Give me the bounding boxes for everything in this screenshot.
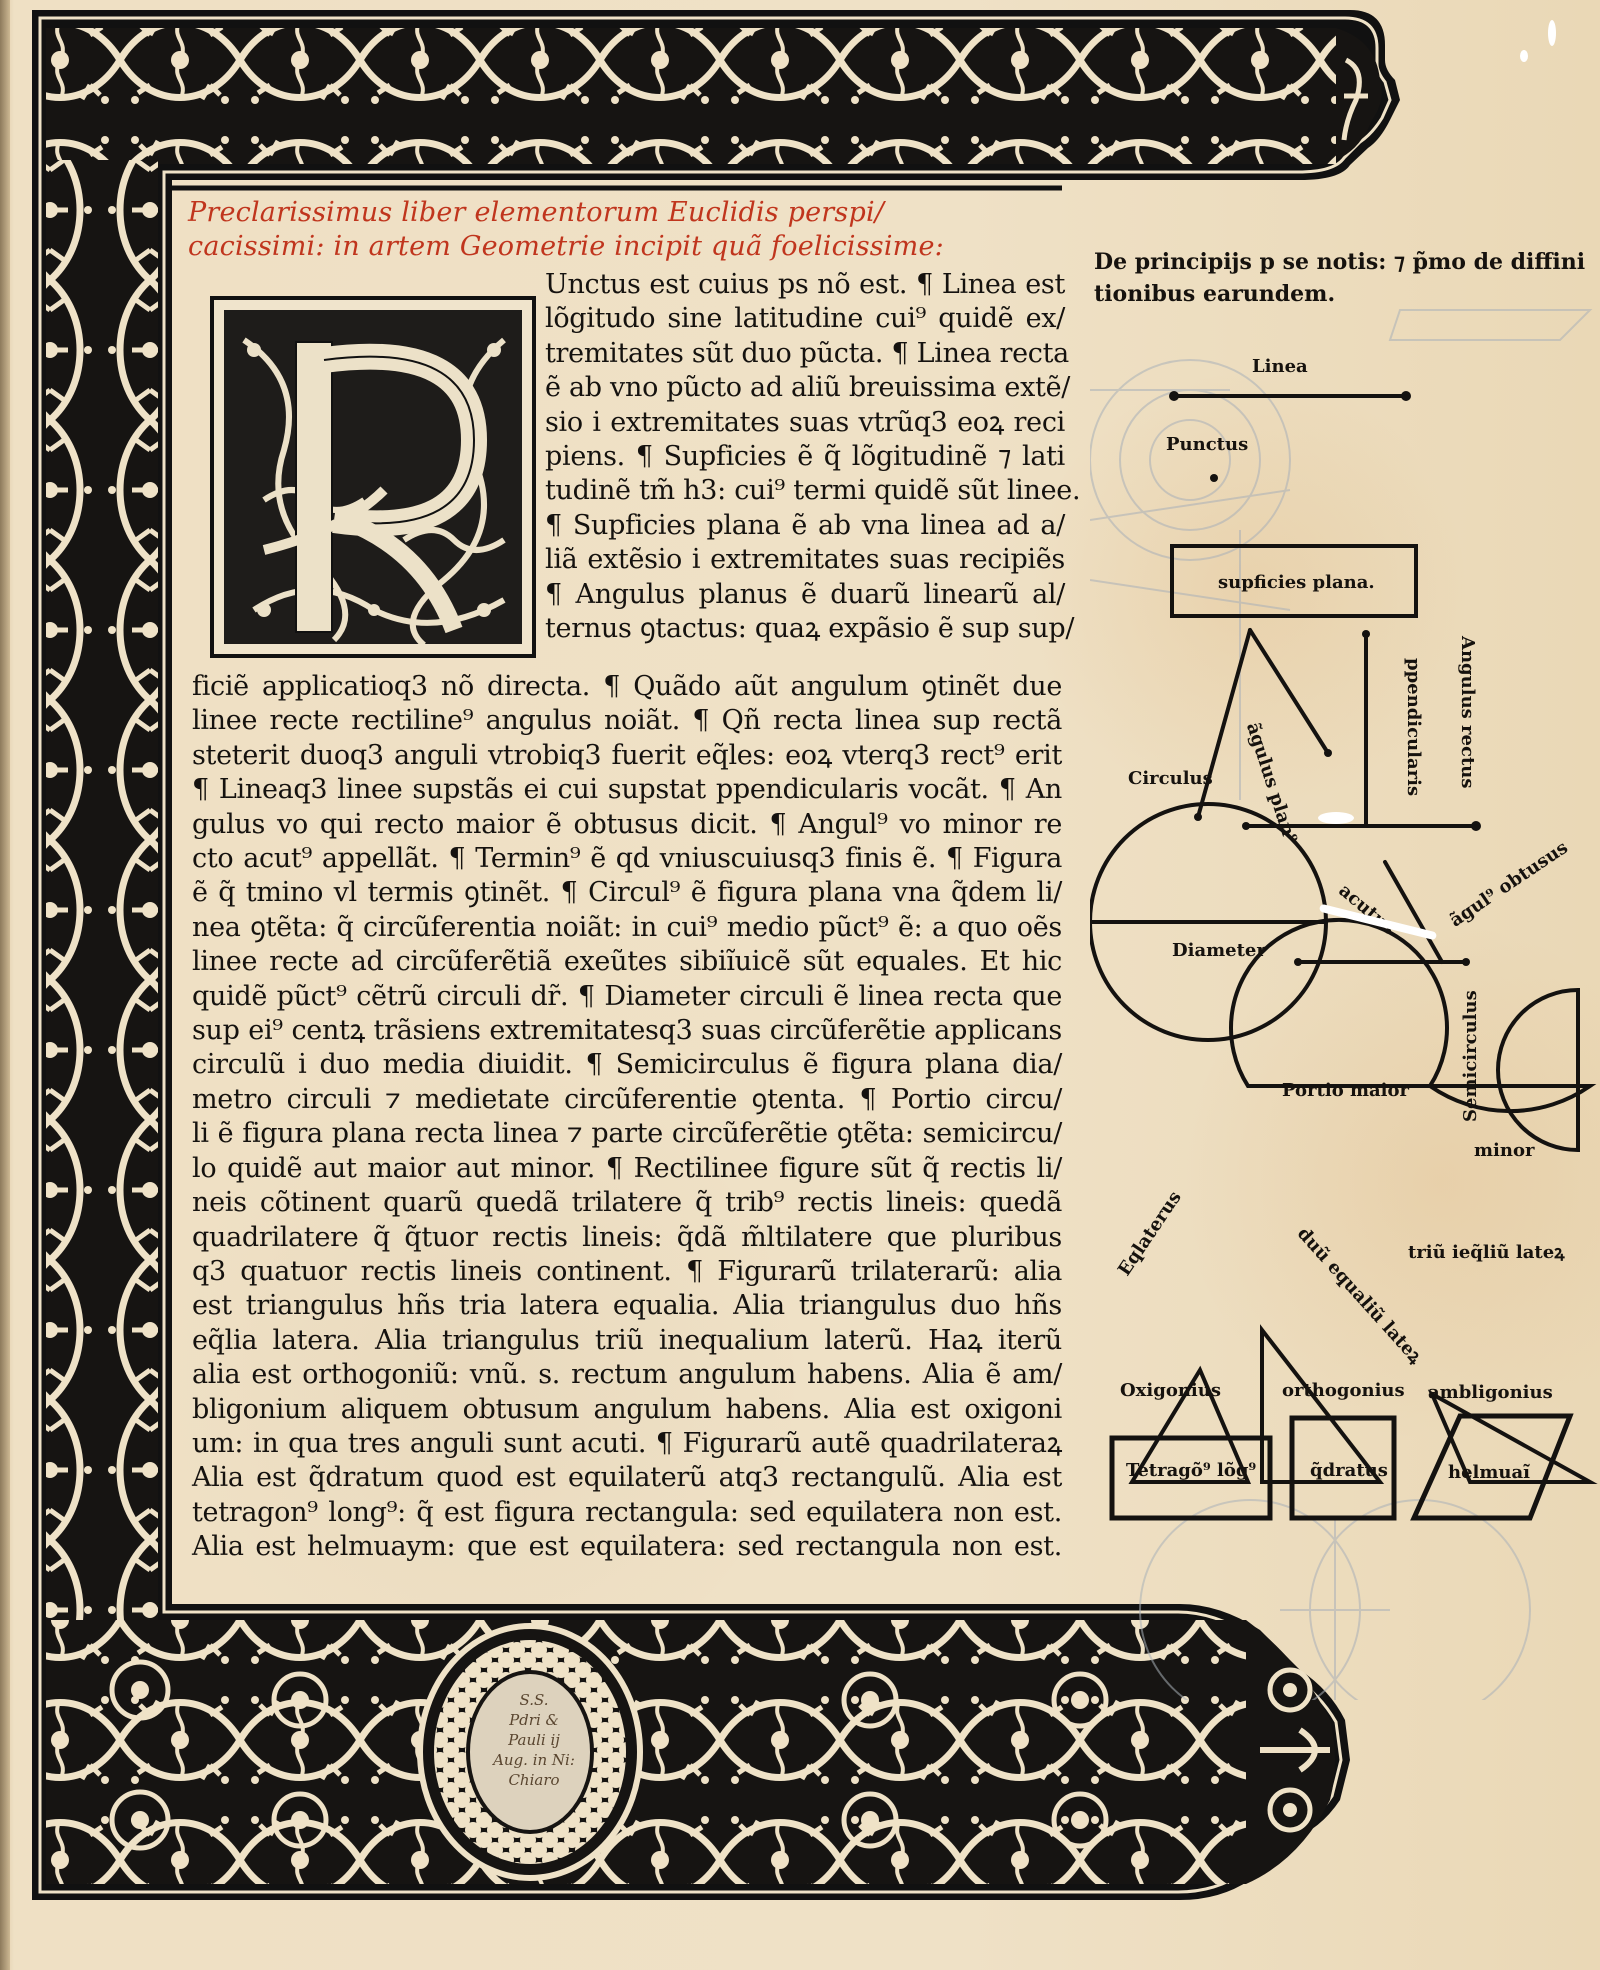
label-angulus-rectus: Angulus rectus (1457, 636, 1478, 788)
text-line: ¶ Lineaq3 linee supstãs ei cui supstat p… (192, 773, 1062, 807)
text-line: Unctus est cuius ps nõ est. ¶ Linea est (545, 268, 1065, 302)
text-line: Alia est q̃dratum quod est equilaterũ at… (192, 1461, 1062, 1495)
label-minor: minor (1474, 1140, 1534, 1161)
body-text-wide-column: ficiẽ applicatioq3 nõ directa. ¶ Quãdo a… (192, 670, 1062, 1565)
text-line: sup ei⁹ centꝝ trãsiens extremitatesq3 su… (192, 1014, 1062, 1048)
text-line: neis cõtinent quarũ quedã trilatere q̃ t… (192, 1186, 1062, 1220)
heading-line: cacissimi: in artem Geometrie incipit qu… (188, 230, 1068, 264)
label-superficies: supficies plana. (1218, 572, 1375, 593)
label-diameter: Diameter (1172, 940, 1266, 961)
text-line: eq̃lia latera. Alia triangulus triũ ineq… (192, 1324, 1062, 1358)
text-line: nea ꝯtẽta: q̃ circũferentia noiãt: in cu… (192, 911, 1062, 945)
label-helmuaym: helmuaĩ (1448, 1462, 1530, 1483)
text-line: ternus ꝯtactus: quaꝝ expãsio ẽ sup sup/ (545, 612, 1065, 646)
initial-ground (224, 310, 522, 644)
text-line: sio i extremitates suas vtrũq3 eoꝝ reci (545, 406, 1065, 440)
text-line: li ẽ figura plana recta linea ⁊ parte ci… (192, 1117, 1062, 1151)
text-line: cto acut⁹ appellãt. ¶ Termin⁹ ẽ qd vnius… (192, 842, 1062, 876)
figure-minor-segment (1430, 1086, 1590, 1111)
initial-letter-p-icon (224, 310, 522, 644)
text-line: ¶ Angulus planus ẽ duarũ linearũ al/ (545, 578, 1065, 612)
ms-note-line: Pdri & (486, 1710, 582, 1730)
decorated-initial-p (210, 296, 536, 658)
ms-note-line: Chiaro (486, 1770, 582, 1790)
text-line: ẽ ab vno pũcto ad aliũ breuissima extẽ/ (545, 371, 1065, 405)
label-punctus: Punctus (1166, 434, 1248, 455)
figure-point (1210, 474, 1218, 482)
text-line: est triangulus hñs tria latera equalia. … (192, 1289, 1062, 1323)
label-oxigonius: Oxigonius (1120, 1380, 1221, 1401)
ms-note-line: Aug. in Ni: (486, 1750, 582, 1770)
text-line: tremitates sũt duo pũcta. ¶ Linea recta (545, 337, 1065, 371)
text-line: alia est orthogoniũ: vnũ. s. rectum angu… (192, 1358, 1062, 1392)
figure-semicircle (1498, 990, 1578, 1150)
text-line: linee recte rectiline⁹ angulus noiãt. ¶ … (192, 704, 1062, 738)
text-line: Alia est helmuaym: que est equilatera: s… (192, 1530, 1062, 1564)
text-line: tetragon⁹ long⁹: q̃ est figura rectangul… (192, 1496, 1062, 1530)
label-orthogonius: orthogonius (1282, 1380, 1405, 1401)
text-line: circulũ i duo media diuidit. ¶ Semicircu… (192, 1048, 1062, 1082)
text-line: piens. ¶ Supficies ẽ q̃ lõgitudinẽ ⁊ lat… (545, 440, 1065, 474)
text-line: metro circuli ⁊ medietate circũferentie … (192, 1083, 1062, 1117)
paper-hole (1318, 812, 1354, 824)
text-line: ẽ q̃ tmino vl termis ꝯtinẽt. ¶ Circul⁹ ẽ… (192, 876, 1062, 910)
text-line: um: in qua tres anguli sunt acuti. ¶ Fig… (192, 1427, 1062, 1461)
text-line: lo quidẽ aut maior aut minor. ¶ Rectilin… (192, 1152, 1062, 1186)
text-line: linee recte ad circũferẽtiã exeũtes sibi… (192, 945, 1062, 979)
heading-line: Preclarissimus liber elementorum Euclidi… (188, 196, 1068, 230)
label-circulus: Circulus (1128, 768, 1213, 789)
text-line: gulus vo qui recto maior ẽ obtusus dicit… (192, 808, 1062, 842)
text-line: quidẽ pũct⁹ cẽtrũ circuli dr̃. ¶ Diamete… (192, 980, 1062, 1014)
text-line: q3 quatuor rectis lineis continent. ¶ Fi… (192, 1255, 1062, 1289)
text-line: steterit duoq3 anguli vtrobiq3 fuerit eq… (192, 739, 1062, 773)
text-line: ficiẽ applicatioq3 nõ directa. ¶ Quãdo a… (192, 670, 1062, 704)
label-perpendicularis: ppendicularis (1403, 658, 1424, 796)
paper-hole (1548, 20, 1556, 46)
rubric-heading: Preclarissimus liber elementorum Euclidi… (188, 196, 1068, 264)
ms-note-line: S.S. (486, 1690, 582, 1710)
label-ambligonius: ambligonius (1428, 1382, 1553, 1403)
text-line: quadrilatere q̃ q̃tuor rectis lineis: q̃… (192, 1221, 1062, 1255)
text-line: tudinẽ tm̃ h3: cui⁹ termi quidẽ sũt line… (545, 474, 1065, 508)
text-line: lõgitudo sine latitudine cui⁹ quidẽ ex/ (545, 302, 1065, 336)
body-text-narrow-column: Unctus est cuius ps nõ est. ¶ Linea est … (545, 268, 1065, 646)
label-semicirculus: Semicirculus (1460, 990, 1481, 1122)
geometry-figures (1090, 370, 1600, 1540)
ms-note-line: Pauli ij (486, 1730, 582, 1750)
label-portio-maior: Portio maior (1282, 1080, 1409, 1101)
text-line: liã extẽsio i extremitates suas recipiẽs (545, 543, 1065, 577)
paper-hole (1520, 50, 1528, 62)
label-linea: Linea (1252, 356, 1308, 377)
text-line: bligonium aliquem obtusum angulum habens… (192, 1393, 1062, 1427)
text-line: ¶ Supficies plana ẽ ab vna linea ad a/ (545, 509, 1065, 543)
label-trium-inequalium: triũ ieq̃liũ lateꝝ (1408, 1240, 1565, 1264)
label-tetragonus: Tetragõ⁹ lõg⁹ (1126, 1460, 1256, 1481)
figures-title-line: De principijs p se notis: ⁊ p̃mo de diff… (1094, 246, 1594, 278)
manuscript-note: S.S. Pdri & Pauli ij Aug. in Ni: Chiaro (486, 1690, 582, 1790)
label-quadratus: q̃dratus (1310, 1460, 1388, 1481)
